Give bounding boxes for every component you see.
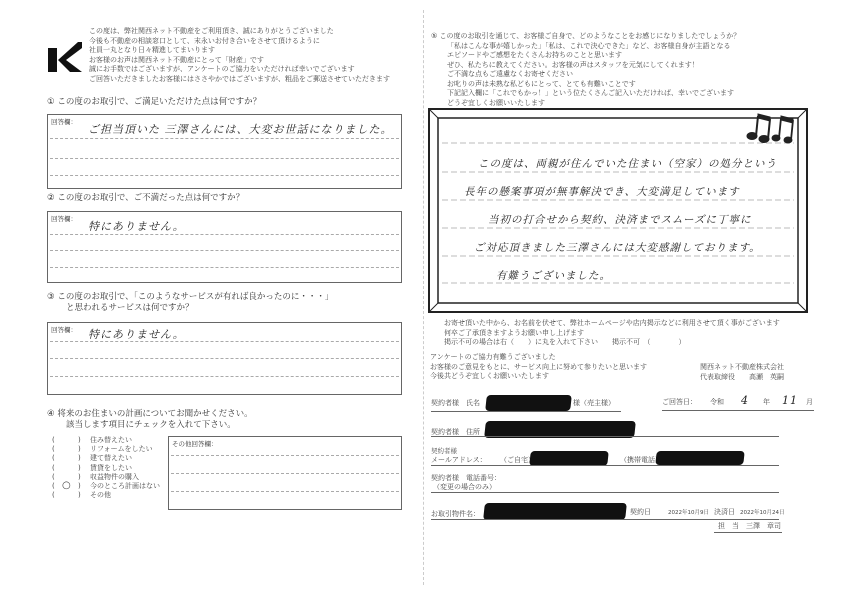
- redacted-email-mobile: [655, 451, 744, 465]
- month-unit: 月: [806, 398, 813, 408]
- settle-label: 決済日: [714, 508, 735, 518]
- intro-line: お客様のお声は関西ネット不動産にとって「財産」です: [89, 56, 390, 66]
- q4-title-line: ④ 将来のお住まいの計画についてお聞かせください。: [47, 409, 253, 420]
- q1-title: ① この度のお取引で、ご満足いただけた点は何ですか？: [47, 97, 261, 108]
- q4-option-label: 収益物件の購入: [90, 473, 139, 482]
- q1-answer: ご担当頂いた 三澤さんには、大変お世話になりました。: [88, 121, 393, 137]
- notice-line: 掲示不可の場合は右（ ）に丸を入れて下さい 掲示不可 （ ）: [444, 338, 780, 348]
- q1-answer-box[interactable]: 回答欄： ご担当頂いた 三澤さんには、大変お世話になりました。: [47, 114, 402, 189]
- answer-month: 11: [782, 394, 798, 407]
- checkbox-bracket-open: (: [52, 445, 55, 454]
- thanks-line: アンケートのご協力有難うございました: [430, 353, 647, 363]
- checkbox-bracket-open: (: [52, 482, 55, 491]
- thanks-text: アンケートのご協力有難うございました お客様のご意見をもとに、サービス向上に努め…: [430, 353, 647, 382]
- q4-option-label: 住み替えたい: [90, 436, 132, 445]
- q5-intro: ⑤ この度のお取引を通じて、お客様ご自身で、どのようなことをお感じになりましたで…: [431, 32, 740, 108]
- q4-option-label: リフォームをしたい: [90, 445, 153, 454]
- answer-date-label: ご回答日：: [662, 398, 697, 408]
- checkbox-bracket-close: ): [78, 454, 81, 463]
- property-underline: [431, 519, 779, 520]
- q5-intro-line: どうぞ宜しくお願いいたします: [431, 99, 740, 109]
- q4-option-label: 今のところ計画はない: [90, 482, 160, 491]
- answer-rule: [171, 455, 399, 456]
- q5-intro-line: ご不満な点もご遠慮なくお寄せください: [431, 70, 740, 80]
- year-unit: 年: [763, 398, 770, 408]
- checkbox-bracket-close: ): [78, 473, 81, 482]
- q5-answer-line: ご対応頂きました三澤さんには大変感謝しております。: [474, 234, 777, 262]
- thanks-line: 今後共どうぞ宜しくお願いいたします: [430, 372, 647, 382]
- contract-label: 契約日: [630, 508, 651, 518]
- intro-line: 今後も不動産の相談窓口として、末永いお付き合いをさせて頂けるように: [89, 37, 390, 47]
- page-divider: [423, 10, 424, 585]
- checkbox-bracket-open: (: [52, 454, 55, 463]
- answer-label: 回答欄：: [51, 214, 77, 223]
- answer-rule: [50, 267, 399, 268]
- answer-rule: [50, 376, 399, 377]
- q3-title-line: ③ この度のお取引で、「このようなサービスが有れば良かったのに・・・」: [47, 292, 333, 303]
- intro-text: この度は、弊社関西ネット不動産をご利用頂き、誠にありがとうございました 今後も不…: [89, 27, 390, 84]
- answer-rule: [50, 341, 399, 342]
- music-notes-icon: [746, 110, 796, 144]
- thanks-line: お客様のご意見をもとに、サービス向上に努めて参りたいと思います: [430, 363, 647, 373]
- q5-intro-line: 下記記入欄に「これでもかっ！」という位たくさんご記入いただければ、幸いでございま…: [431, 89, 740, 99]
- checkbox-bracket-open: (: [52, 491, 55, 500]
- staff-underline: [714, 532, 782, 533]
- phone-underline: [431, 492, 779, 493]
- answer-rule: [50, 234, 399, 235]
- answer-rule: [50, 358, 399, 359]
- q4-title-line: 該当します項目にチェックを入れて下さい。: [47, 420, 253, 431]
- company-logo-icon: [48, 42, 82, 72]
- check-mark-icon[interactable]: ○: [62, 481, 71, 490]
- answer-year: 4: [741, 394, 749, 407]
- q3-answer: 特にありません。: [88, 326, 185, 342]
- q2-answer-box[interactable]: 回答欄： 特にありません。: [47, 211, 402, 283]
- name-underline: [431, 411, 621, 412]
- checkbox-bracket-close: ): [78, 491, 81, 500]
- q5-answer: この度は、両親が住んでいた住まい（空家）の処分という 長年の懸案事項が無事解決で…: [478, 150, 777, 290]
- q4-option-label: 賃貸をしたい: [90, 464, 132, 473]
- intro-line: この度は、弊社関西ネット不動産をご利用頂き、誠にありがとうございました: [89, 27, 390, 37]
- staff-name: 担 当 三澤 章司: [718, 522, 781, 532]
- q5-intro-line: 「私はこんな事が嬉しかった」「私は、これで決心できた」など、お客様自身が主語とな…: [431, 42, 740, 52]
- answer-rule: [50, 158, 399, 159]
- checkbox-bracket-close: ): [78, 436, 81, 445]
- email-underline: [431, 465, 779, 466]
- q3-title: ③ この度のお取引で、「このようなサービスが有れば良かったのに・・・」 と思われ…: [47, 292, 333, 314]
- q4-option-label: その他: [90, 491, 111, 500]
- q5-intro-line: エピソードやご感想をたくさんお持ちのことと思います: [431, 51, 740, 61]
- intro-line: 社員一丸となり日々精進してまいります: [89, 46, 390, 56]
- q3-answer-box[interactable]: 回答欄： 特にありません。: [47, 322, 402, 395]
- q2-title: ② この度のお取引で、ご不満だった点は何ですか？: [47, 193, 244, 204]
- answer-label: 回答欄：: [51, 325, 77, 334]
- q5-intro-line: ぜひ、私たちに教えてください。お客様の声はスタッフを元気にしてくれます！: [431, 61, 740, 71]
- answer-rule: [171, 473, 399, 474]
- q5-intro-line: お叱りの声は未熟な私どもにとって、とても有難いことです: [431, 80, 740, 90]
- redacted-property: [483, 503, 627, 520]
- redacted-email-home: [529, 451, 609, 466]
- q5-answer-line: 当初の打合せから契約、決済までスムーズに丁寧に: [488, 206, 777, 234]
- answer-rule: [50, 175, 399, 176]
- q4-title: ④ 将来のお住まいの計画についてお聞かせください。 該当します項目にチェックを入…: [47, 409, 253, 431]
- intro-line: ご回答いただきましたお客様にはささやかではございますが、粗品をご郵送させていただ…: [89, 75, 390, 85]
- settle-date: 2022年10月24日: [740, 509, 785, 519]
- q2-answer: 特にありません。: [88, 218, 185, 234]
- other-answer-label: その他回答欄：: [172, 439, 218, 448]
- checkbox-bracket-close: ): [78, 482, 81, 491]
- checkbox-bracket-close: ): [78, 464, 81, 473]
- company-name: 関西ネット不動産株式会社: [700, 363, 784, 373]
- q5-answer-line: 長年の懸案事項が無事解決でき、大変満足しています: [464, 178, 777, 206]
- answer-rule: [171, 491, 399, 492]
- q5-answer-line: この度は、両親が住んでいた住まい（空家）の処分という: [478, 150, 777, 178]
- contract-date: 2022年10月9日: [668, 509, 709, 519]
- name-label: 契約者様 氏名: [431, 399, 480, 409]
- q4-option-label: 建て替えたい: [90, 454, 132, 463]
- q5-intro-line: ⑤ この度のお取引を通じて、お客様ご自身で、どのようなことをお感じになりましたで…: [431, 32, 740, 42]
- notice-line: 何卒ご了承頂きますようお願い申し上げます: [444, 329, 780, 339]
- answer-label: 回答欄：: [51, 117, 77, 126]
- answer-rule: [50, 250, 399, 251]
- checkbox-bracket-open: (: [52, 473, 55, 482]
- checkbox-bracket-close: ): [78, 445, 81, 454]
- address-underline: [431, 436, 779, 437]
- company-signature: 関西ネット不動産株式会社 代表取締役 高瀬 英嗣: [700, 363, 784, 382]
- ceo-name: 代表取締役 高瀬 英嗣: [700, 373, 784, 383]
- q3-title-line: と思われるサービスは何ですか？: [47, 303, 333, 314]
- era: 令和: [710, 398, 724, 408]
- checkbox-bracket-open: (: [52, 464, 55, 473]
- q5-answer-line: 有難うございました。: [496, 262, 777, 290]
- notice-line: お寄せ頂いた中から、お名前を伏せて、弊社ホームページや店内掲示などに利用させて頂…: [444, 319, 780, 329]
- redacted-name: [485, 395, 572, 411]
- checkbox-bracket-open: (: [52, 436, 55, 445]
- q4-other-box[interactable]: その他回答欄：: [168, 436, 402, 510]
- answer-rule: [50, 138, 399, 139]
- publication-notice: お寄せ頂いた中から、お名前を伏せて、弊社ホームページや店内掲示などに利用させて頂…: [444, 319, 780, 348]
- q5-answer-frame[interactable]: この度は、両親が住んでいた住まい（空家）の処分という 長年の懸案事項が無事解決で…: [428, 108, 808, 313]
- intro-line: 誠にお手数ではございますが、アンケートのご協力をいただければ幸いでございます: [89, 65, 390, 75]
- name-suffix: 様（売主様）: [573, 399, 615, 409]
- date-underline: [662, 410, 814, 411]
